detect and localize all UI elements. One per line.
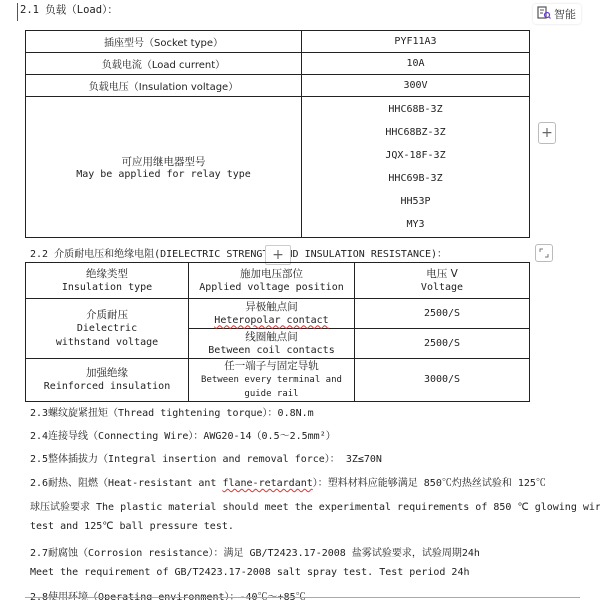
relay-type-item: HHC68BZ-3Z [302,121,529,144]
voltage-cell: 3000/S [355,359,530,402]
relay-type-item: JQX-18F-3Z [302,144,529,167]
header-en: Applied voltage position [189,281,354,295]
header-en: Voltage [355,281,529,295]
type-cn: 介质耐压 [26,308,188,322]
header-cn: 电压 V [355,267,529,281]
spec-thread-torque: 2.3螺纹旋紧扭矩（Thread tightening torque）：0.8N… [30,404,314,419]
expand-table-button[interactable] [535,244,553,262]
position-cell: 异极触点间 Heteropolar contact [189,299,355,329]
load-current-label: 负载电流（Load current） [26,53,302,75]
dielectric-table: 绝缘类型 Insulation type 施加电压部位 Applied volt… [25,262,530,402]
voltage-cell: 2500/S [355,329,530,359]
table-row: 介质耐压 Dielectric withstand voltage 异极触点间 … [26,299,530,329]
header-cn: 施加电压部位 [189,267,354,281]
spec-heat-resistant-en2: test and 125℃ ball pressure test. [30,521,234,532]
header-en: Insulation type [26,281,188,295]
socket-type-label: 插座型号（Socket type） [26,31,302,53]
dielectric-type-cell: 介质耐压 Dielectric withstand voltage [26,299,189,359]
page-divider [25,597,580,598]
type-en: Reinforced insulation [26,380,188,394]
relay-type-label-cell: 可应用继电器型号 May be applied for relay type [26,97,302,238]
position-cn: 线圈触点间 [189,330,354,344]
spec-insertion-force: 2.5整体插拔力（Integral insertion and removal … [30,450,382,465]
position-cell: 线圈触点间 Between coil contacts [189,329,355,359]
position-cell: 任一端子与固定导轨 Between every terminal and gui… [189,359,355,402]
relay-type-item: HHC68B-3Z [302,98,529,121]
reinforced-type-cell: 加强绝缘 Reinforced insulation [26,359,189,402]
position-cn: 异极触点间 [189,300,354,314]
type-en: withstand voltage [26,336,188,350]
text-span: ）：塑料材料应能够满足 850℃灼热丝试验和 125℃ [313,478,546,489]
type-en: Dielectric [26,322,188,336]
header-applied-position: 施加电压部位 Applied voltage position [189,263,355,299]
load-voltage-value: 300V [302,75,530,97]
socket-type-value: PYF11A3 [302,31,530,53]
table-row: 加强绝缘 Reinforced insulation 任一端子与固定导轨 Bet… [26,359,530,402]
spec-connecting-wire: 2.4连接导线（Connecting Wire）：AWG20-14（0.5～2.… [30,427,336,442]
section-heading-2-2: 2.2 介质耐电压和绝缘电阻(DIELECTRIC STRENGTH AND I… [30,245,447,260]
load-table: 插座型号（Socket type） PYF11A3 负载电流（Load curr… [25,30,530,238]
smart-doc-icon [537,6,551,23]
spec-corrosion-en: Meet the requirement of GB/T2423.17-2008… [30,567,470,578]
header-cn: 绝缘类型 [26,267,188,281]
plus-icon: + [541,125,553,141]
load-current-value: 10A [302,53,530,75]
position-en: Between every terminal and guide rail [189,373,354,401]
table-header-row: 绝缘类型 Insulation type 施加电压部位 Applied volt… [26,263,530,299]
type-cn: 加强绝缘 [26,366,188,380]
text-cursor [17,3,18,21]
smart-button[interactable]: 智能 [533,4,581,24]
position-en: Between coil contacts [189,344,354,358]
expand-icon [536,245,552,261]
relay-type-label-cn: 可应用继电器型号 [26,154,301,169]
table-row: 可应用继电器型号 May be applied for relay type H… [26,97,530,238]
relay-type-values: HHC68B-3Z HHC68BZ-3Z JQX-18F-3Z HHC69B-3… [302,97,530,238]
spellcheck-word: flane-retardant [222,478,312,489]
spec-corrosion: 2.7耐腐蚀（Corrosion resistance）：满足 GB/T2423… [30,544,480,559]
text-span: 2.6耐热、阻燃（Heat-resistant ant [30,478,222,489]
load-voltage-label: 负载电压（Insulation voltage） [26,75,302,97]
spec-heat-resistant-en: 球压试验要求 The plastic material should meet … [30,498,600,513]
header-insulation-type: 绝缘类型 Insulation type [26,263,189,299]
relay-type-item: MY3 [302,213,529,236]
header-voltage: 电压 V Voltage [355,263,530,299]
section-heading-2-1: 2.1 负载（Load）： [20,2,118,17]
voltage-cell: 2500/S [355,299,530,329]
position-cn: 任一端子与固定导轨 [189,359,354,373]
table-row: 负载电流（Load current） 10A [26,53,530,75]
relay-type-item: HH53P [302,190,529,213]
table-row: 负载电压（Insulation voltage） 300V [26,75,530,97]
smart-button-label: 智能 [554,6,576,22]
relay-type-label-en: May be applied for relay type [26,169,301,180]
table-row: 插座型号（Socket type） PYF11A3 [26,31,530,53]
spec-heat-resistant: 2.6耐热、阻燃（Heat-resistant ant flane-retard… [30,474,546,489]
add-row-button[interactable]: + [538,122,556,144]
position-en: Heteropolar contact [214,315,328,326]
relay-type-item: HHC69B-3Z [302,167,529,190]
plus-icon: + [272,247,284,263]
spec-operating-env: 2.8使用环境（Operating environment）：-40℃～+85℃ [30,588,306,600]
